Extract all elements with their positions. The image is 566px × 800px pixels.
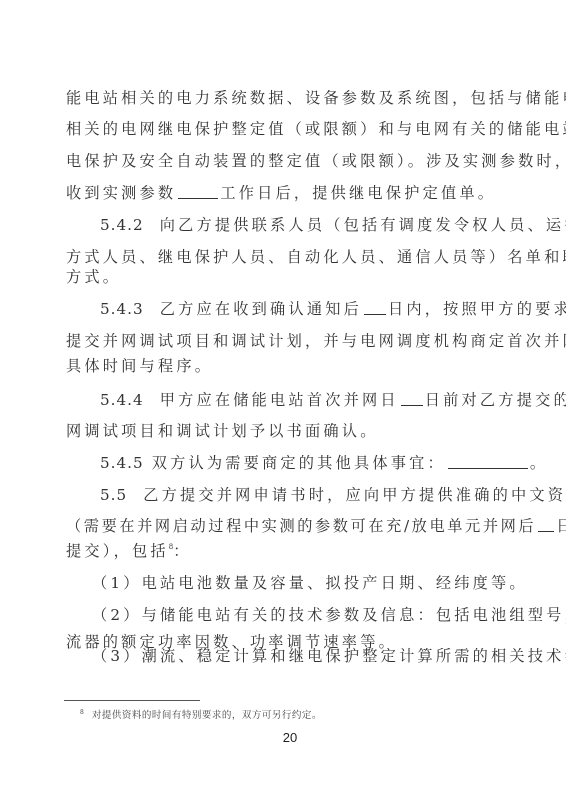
clause-5-5: 5.5 乙方提交并网申请书时，应向甲方提供准确的中文资料: [100, 484, 512, 506]
document-page: 能电站相关的电力系统数据、设备参数及系统图，包括与储能电站 相关的电网继电保护整…: [0, 0, 566, 800]
line-text: 甲方应在储能电站首次并网日: [160, 391, 399, 409]
body-line: 电保护及安全自动装置的整定值（或限额）。涉及实测参数时，则在: [66, 150, 512, 172]
body-line: 相关的电网继电保护整定值（或限额）和与电网有关的储能电站继: [66, 118, 512, 140]
body-line: 具体时间与程序。: [66, 355, 512, 377]
clause-5-4-2: 5.4.2 向乙方提供联系人员（包括有调度发令权人员、运行: [100, 214, 512, 236]
list-item-2: （2）与储能电站有关的技术参数及信息：包括电池组型号，变: [92, 604, 512, 626]
body-line: 提交并网调试项目和调试计划，并与电网调度机构商定首次并网的: [66, 330, 512, 352]
line-text: 日内: [556, 517, 566, 535]
footnote-text: 对提供资料的时间有特别要求的，双方可另行约定。: [92, 710, 322, 721]
clause-number: 5.4.2: [100, 216, 144, 234]
list-item-1: （1）电站电池数量及容量、拟投产日期、经纬度等。: [92, 572, 504, 594]
clause-5-4-3: 5.4.3 乙方应在收到确认通知后日内，按照甲方的要求，: [100, 298, 512, 320]
list-item-3: （3）潮流、稳定计算和继电保护整定计算所需的相关技术参数：: [92, 645, 512, 667]
clause-number: 5.4.5: [100, 454, 144, 472]
fill-in-blank: [178, 184, 218, 199]
clause-number: 5.4.4: [100, 391, 144, 409]
clause-number: 5.5: [100, 486, 127, 504]
fill-in-blank: [448, 454, 528, 469]
body-line: 方式。: [66, 266, 512, 288]
line-text: 工作日后，提供继电保护定值单。: [220, 184, 496, 202]
clause-number: 5.4.3: [100, 300, 144, 318]
body-line: 能电站相关的电力系统数据、设备参数及系统图，包括与储能电站: [66, 87, 512, 109]
line-text: （需要在并网启动过程中实测的参数可在充/放电单元并网后: [66, 517, 536, 535]
body-line: 网调试项目和调试计划予以书面确认。: [66, 420, 512, 442]
line-text: 提交），包括: [66, 542, 169, 560]
body-line: （需要在并网启动过程中实测的参数可在充/放电单元并网后日内: [66, 515, 512, 537]
line-text: 乙方应在收到确认通知后: [160, 300, 362, 318]
line-text: 。: [530, 454, 548, 472]
fill-in-blank: [538, 517, 554, 532]
line-text: 向乙方提供联系人员（包括有调度发令权人员、运行: [160, 216, 566, 234]
body-line: 提交），包括8：: [66, 540, 512, 562]
line-text: 收到实测参数: [66, 184, 176, 202]
body-line: 收到实测参数工作日后，提供继电保护定值单。: [66, 182, 512, 204]
page-number: 20: [270, 730, 310, 745]
footnote-separator: [64, 700, 200, 701]
line-text: 双方认为需要商定的其他具体事宜：: [152, 454, 446, 472]
line-text: 乙方提交并网申请书时，应向甲方提供准确的中文资料: [143, 486, 566, 504]
clause-5-4-5: 5.4.5 双方认为需要商定的其他具体事宜：。: [100, 452, 512, 474]
footnote: 8对提供资料的时间有特别要求的，双方可另行约定。: [80, 709, 322, 723]
clause-5-4-4: 5.4.4 甲方应在储能电站首次并网日日前对乙方提交的并: [100, 389, 512, 411]
fill-in-blank: [401, 391, 423, 406]
footnote-marker: 8: [80, 709, 84, 716]
line-text: ：: [173, 542, 191, 560]
line-text: 日前对乙方提交的并: [425, 391, 566, 409]
body-line: 方式人员、继电保护人员、自动化人员、通信人员等）名单和联系: [66, 246, 512, 268]
line-text: 日内，按照甲方的要求，: [388, 300, 566, 318]
fill-in-blank: [364, 300, 386, 315]
